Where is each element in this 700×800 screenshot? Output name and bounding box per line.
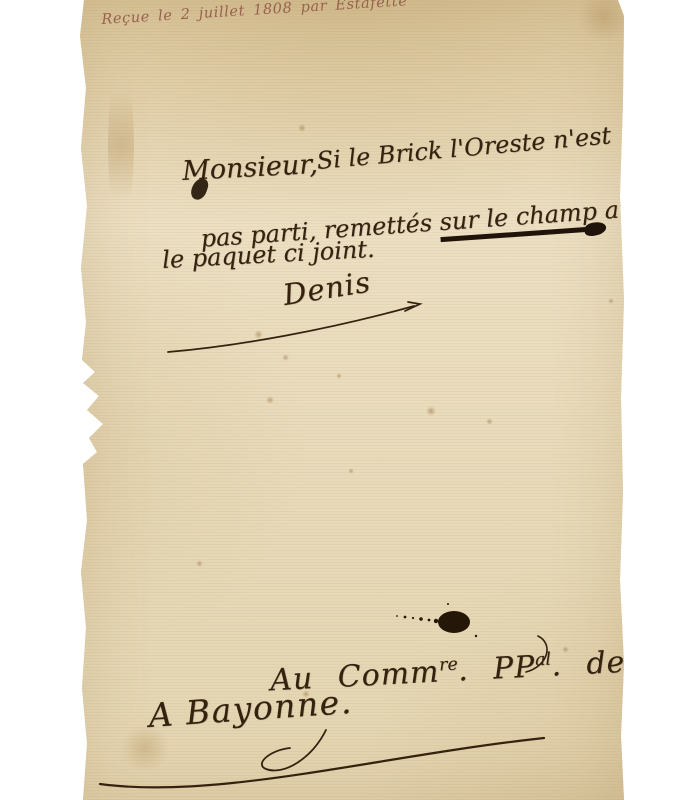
fox-spot bbox=[266, 396, 274, 404]
letter-scan: Reçue le 2 juillet 1808 par Estafette Mo… bbox=[0, 0, 700, 800]
fox-spot bbox=[336, 373, 342, 379]
body-line-2-superscript: te bbox=[689, 191, 700, 208]
address-marine: . de Marine bbox=[550, 637, 700, 683]
paper-stain bbox=[574, 0, 634, 40]
address-commissaire-superscript: re bbox=[439, 655, 459, 676]
fox-spot bbox=[608, 298, 614, 304]
reception-note: Reçue le 2 juillet 1808 par Estafette bbox=[101, 0, 408, 28]
bayonne-flourish bbox=[88, 722, 558, 797]
underlined-phrase: sur le champ bbox=[439, 197, 599, 242]
fox-spot bbox=[486, 418, 493, 425]
marine-flourish bbox=[520, 632, 560, 677]
fox-spot bbox=[196, 560, 203, 567]
paper-stain bbox=[108, 70, 134, 220]
fox-spot bbox=[348, 468, 354, 474]
fox-spot bbox=[426, 406, 436, 416]
paper-sheet: Reçue le 2 juillet 1808 par Estafette Mo… bbox=[78, 0, 624, 800]
signature-flourish bbox=[158, 292, 448, 364]
fox-spot bbox=[298, 124, 306, 132]
body-line-1: Si le Brick l'Oreste n'est bbox=[316, 121, 613, 175]
body-line-2-post: au Cap bbox=[596, 191, 691, 225]
